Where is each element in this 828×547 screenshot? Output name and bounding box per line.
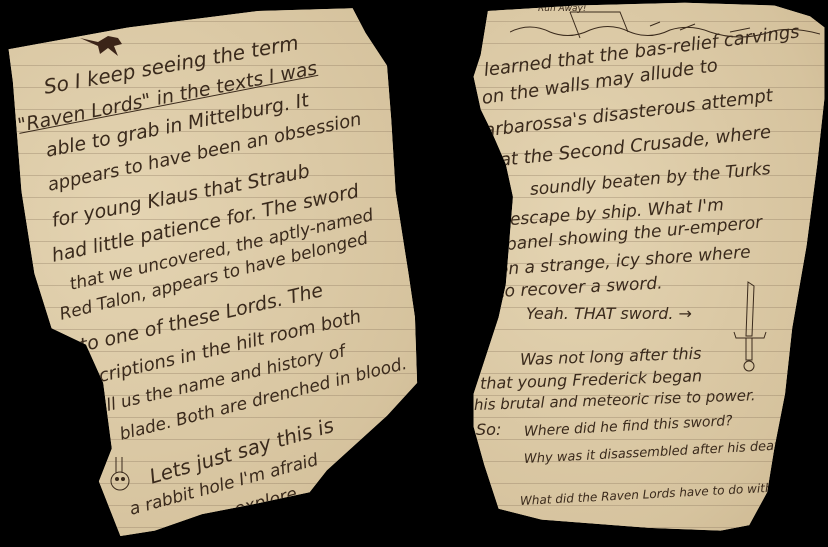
note-line: So: xyxy=(476,420,501,439)
question-item: What did the Raven Lords have to do with… xyxy=(520,479,805,508)
torn-note-right: Run Away! learned that the bas-relief ca… xyxy=(470,0,828,547)
note-line: Was not long after this xyxy=(520,344,702,369)
doodle-label: ??? xyxy=(104,16,123,30)
doodle-label: Run Away! xyxy=(538,4,587,14)
question-item: Where did he find this sword? xyxy=(524,413,733,440)
torn-note-left: ??? So I keep seeing the term "Raven Lor… xyxy=(0,0,430,547)
sword-doodle-icon xyxy=(730,278,770,382)
question-item: Why was it disassembled after his death? xyxy=(524,438,795,467)
raven-doodle-icon xyxy=(78,30,128,64)
note-line: soundly beaten by the Turks xyxy=(529,159,771,200)
rabbit-doodle-icon xyxy=(108,455,132,499)
note-line: Yeah. THAT sword. → xyxy=(526,304,692,323)
